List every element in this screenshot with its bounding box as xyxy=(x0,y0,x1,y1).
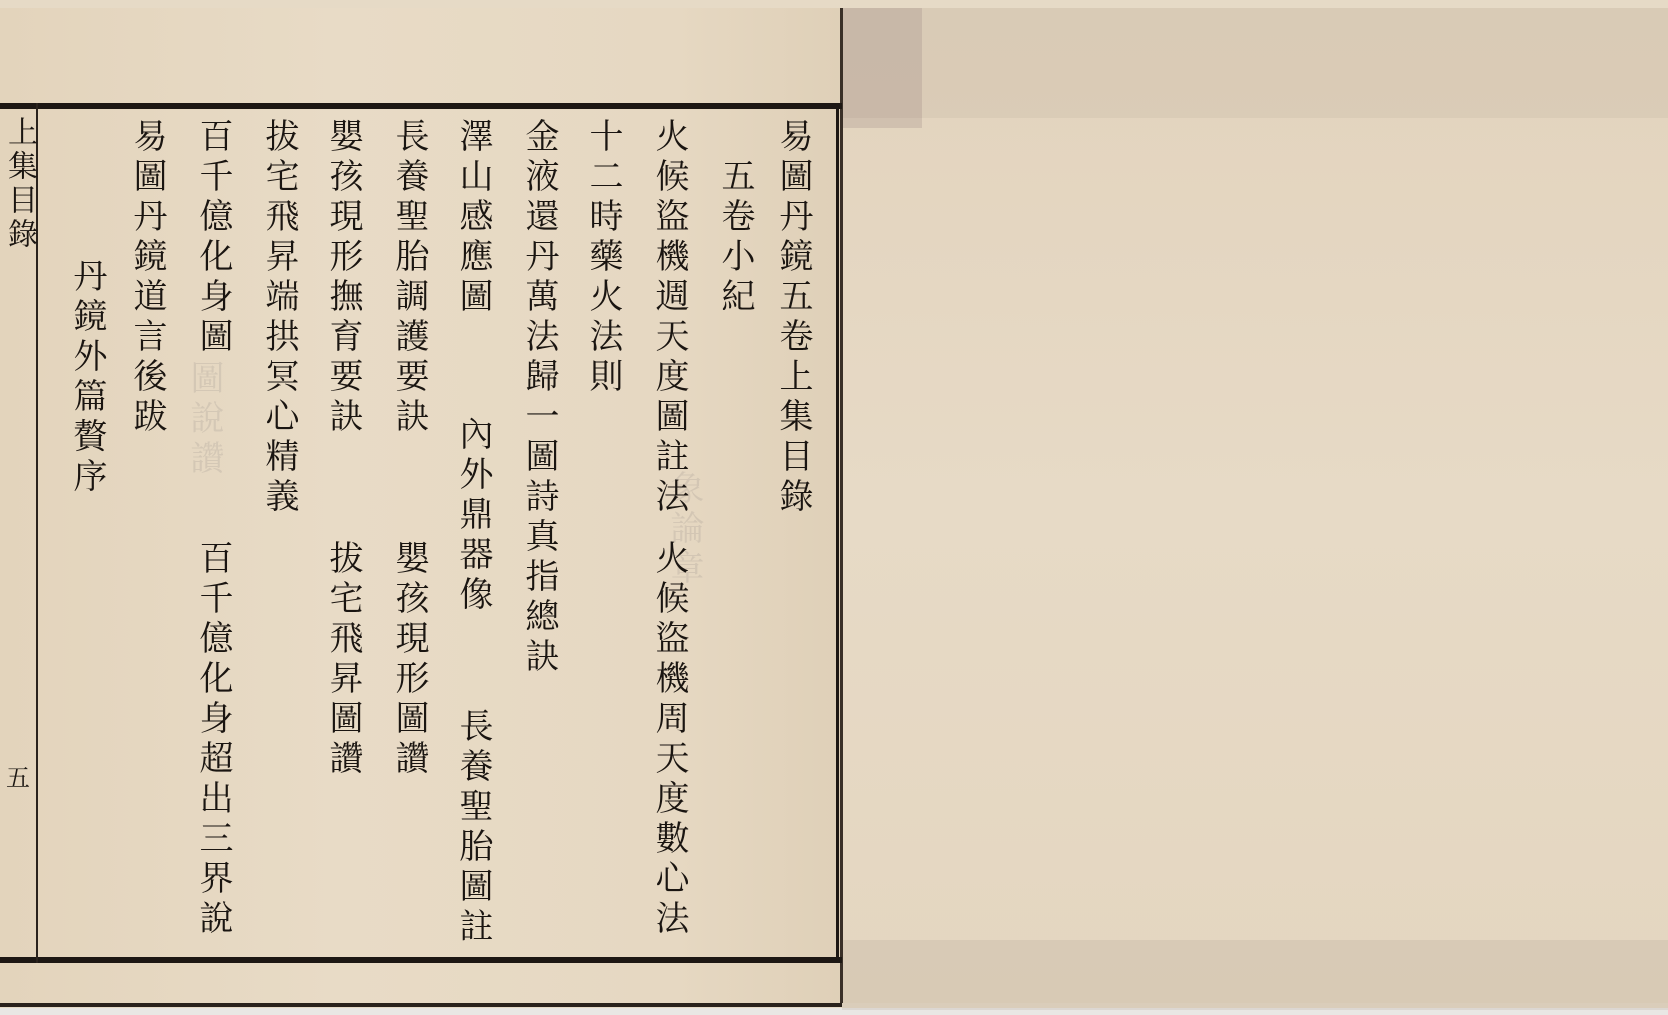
toc-entry: 五卷小紀 xyxy=(718,158,752,318)
toc-entry: 內外鼎器像 xyxy=(456,416,490,616)
running-title: 上集目錄 xyxy=(4,116,34,252)
page-number: 五 xyxy=(6,758,30,793)
toc-entry: 百千億化身圖 xyxy=(196,118,230,358)
toc-entry: 易圖丹鏡道言後跋 xyxy=(130,118,164,438)
toc-entry: 嬰孩現形撫育要訣 xyxy=(326,118,360,438)
toc-entry: 拔宅飛昇端拱冥心精義 xyxy=(262,118,296,518)
bleed-through-text: 圖說讚 xyxy=(180,360,229,480)
border-frame-bottom xyxy=(0,957,842,963)
border-frame-right xyxy=(836,103,839,963)
toc-entry: 長養聖胎調護要訣 xyxy=(392,118,426,438)
tissue-shadow-corner xyxy=(842,8,922,128)
toc-entry: 十二時藥火法則 xyxy=(586,118,620,398)
border-frame-top xyxy=(0,103,842,109)
right-page-blank-tissue xyxy=(842,8,1668,1003)
toc-entry: 百千億化身超出三界說 xyxy=(196,540,230,940)
toc-entry: 火候盜機週天度圖註法 xyxy=(652,118,686,518)
book-spine xyxy=(840,8,843,1003)
page-bottom-edge xyxy=(0,1003,842,1007)
tissue-shadow-bottom xyxy=(842,940,1668,1010)
toc-entry: 嬰孩現形圖讚 xyxy=(392,540,426,780)
toc-entry: 丹鏡外篇贅序 xyxy=(70,258,104,498)
toc-entry: 澤山感應圖 xyxy=(456,118,490,318)
tissue-shadow-top xyxy=(842,8,1668,118)
toc-entry: 金液還丹萬法歸一圖詩真指總訣 xyxy=(522,118,556,678)
toc-title: 易圖丹鏡五卷上集目錄 xyxy=(776,118,810,518)
toc-entry: 拔宅飛昇圖讚 xyxy=(326,540,360,780)
toc-entry: 火候盜機周天度數心法 xyxy=(652,540,686,940)
book-scan: 圖說讚 象論章 易圖丹鏡五卷上集目錄 五卷小紀 火候盜機週天度圖註法 火候盜機周… xyxy=(0,0,1668,1008)
toc-entry: 長養聖胎圖註 xyxy=(456,708,490,948)
